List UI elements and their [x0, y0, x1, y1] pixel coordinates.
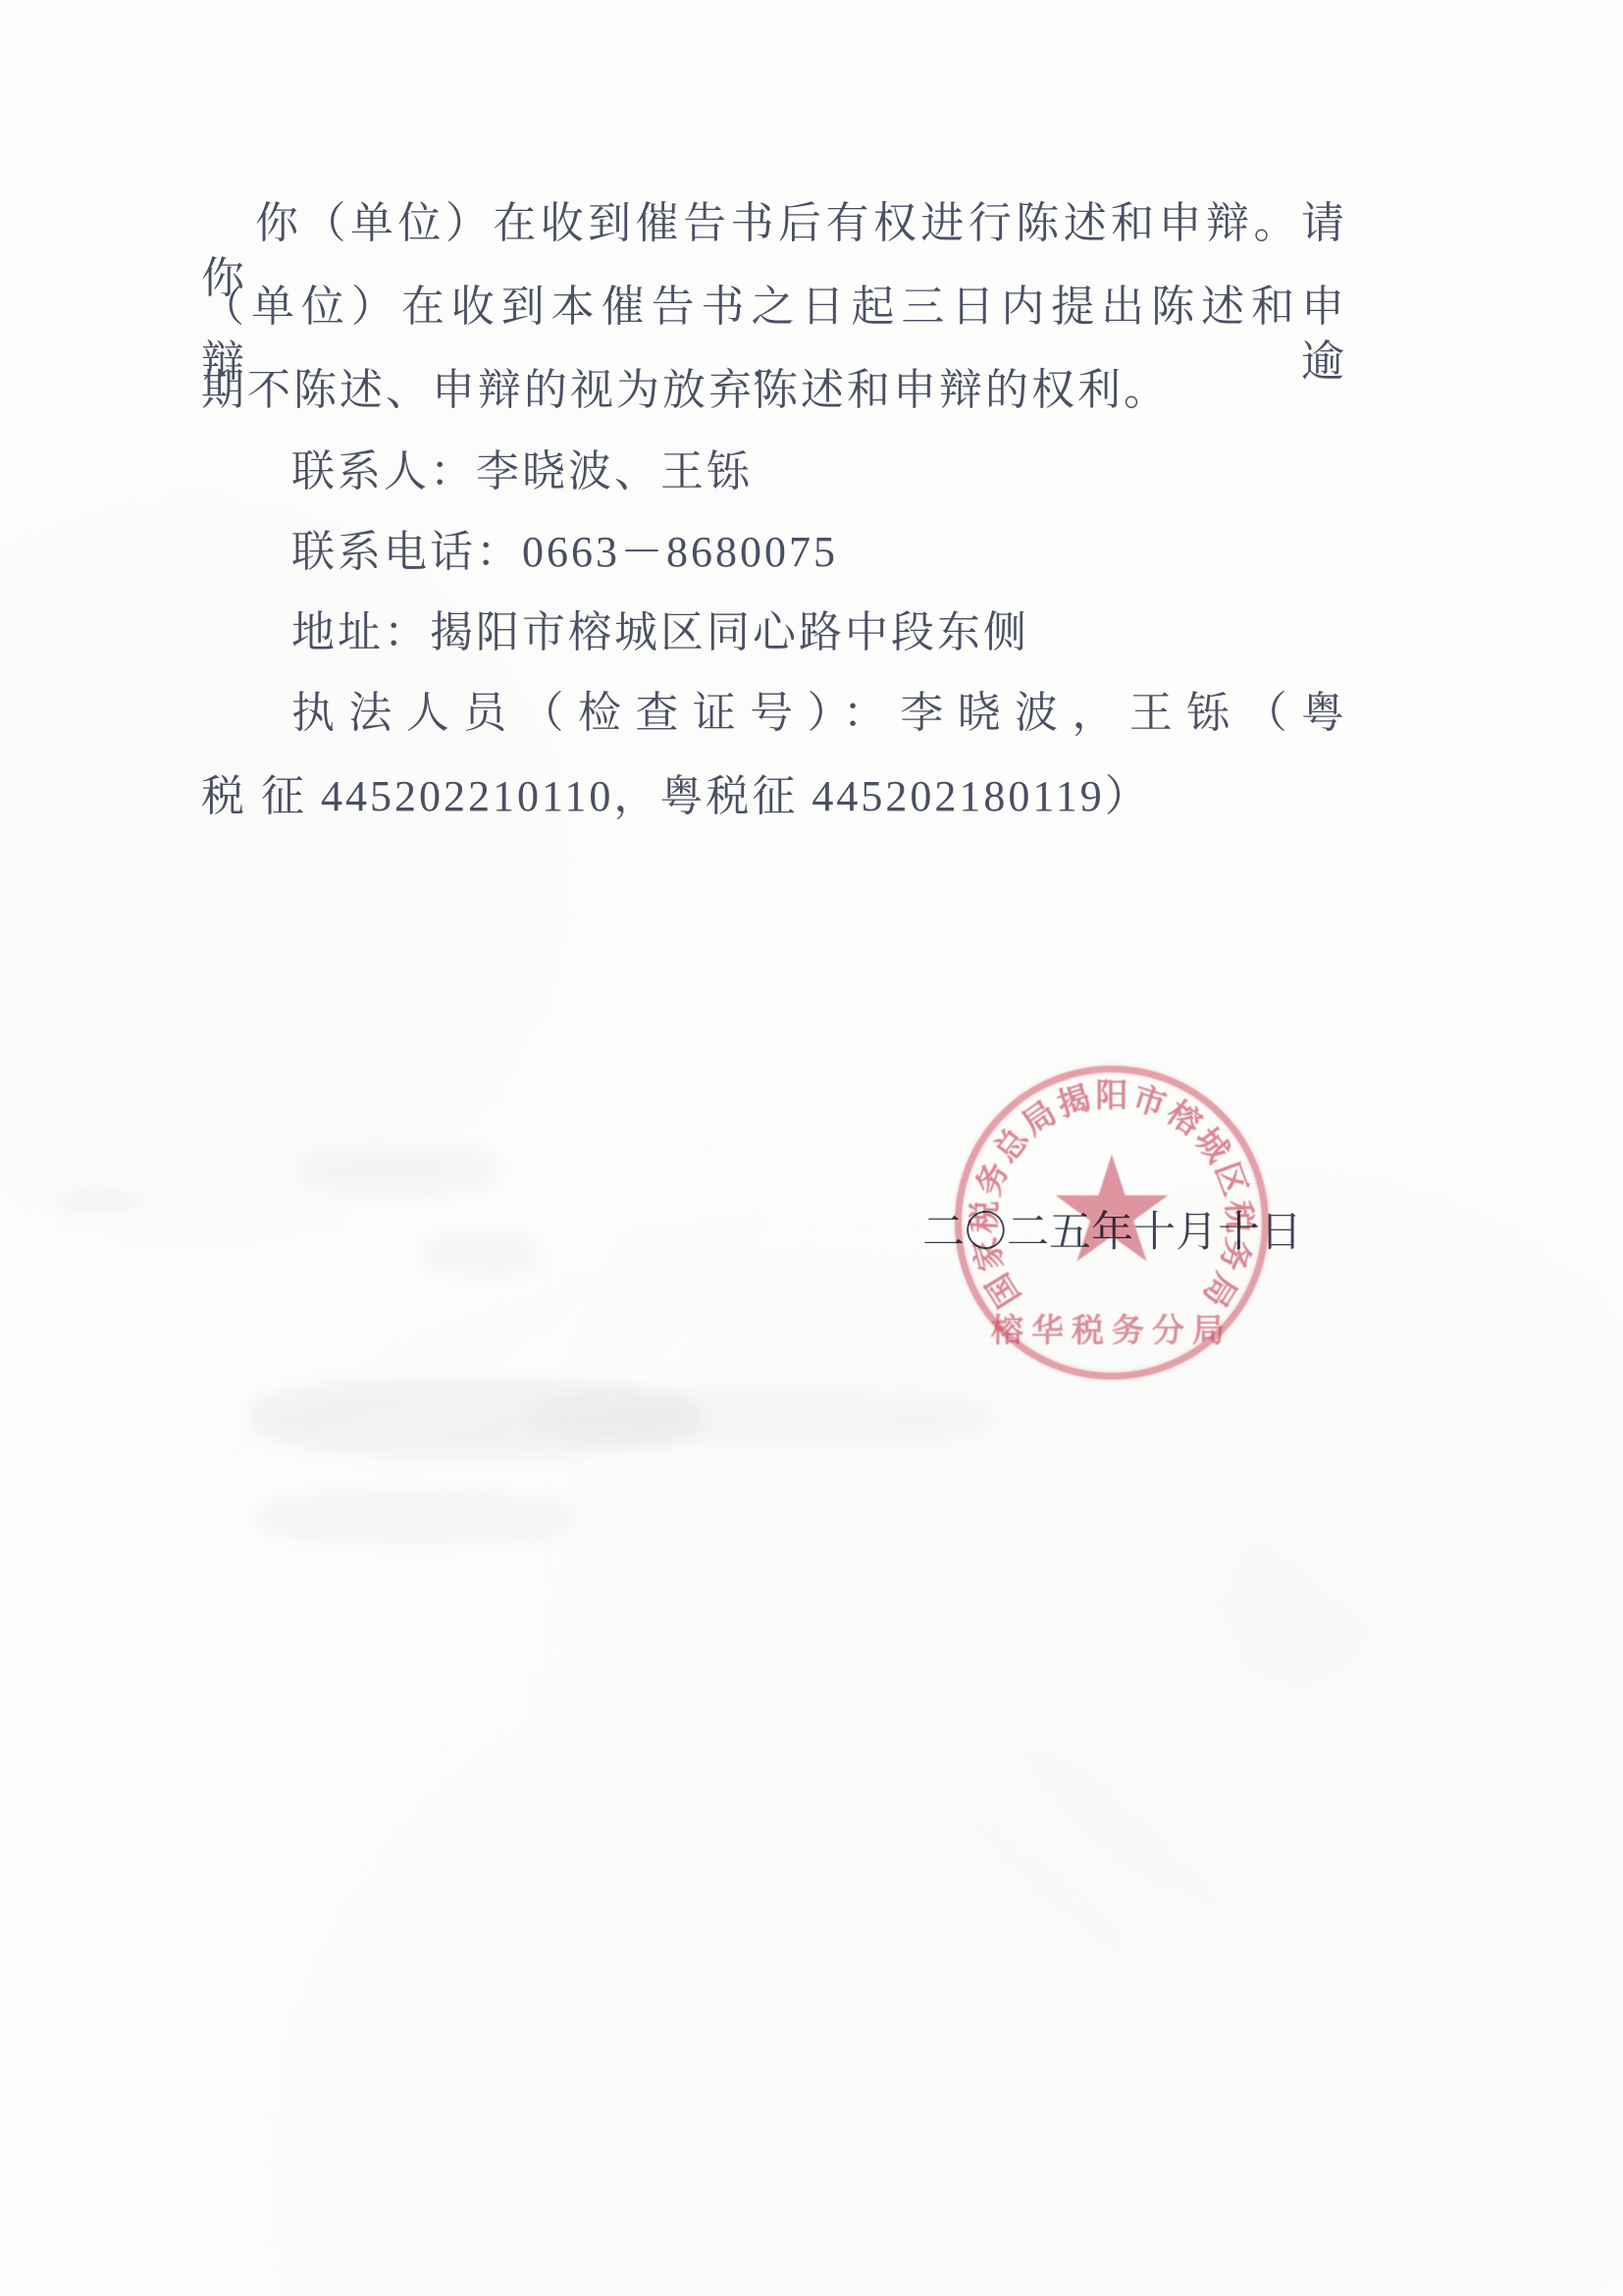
- address-line: 地址：揭阳市榕城区同心路中段东侧: [201, 605, 1347, 660]
- bleed-through-artifact: [260, 1491, 574, 1545]
- contact-phone-line: 联系电话：0663－8680075: [201, 525, 1347, 580]
- officer-line-1: 执法人员（检查证号）：李晓波，王铄（粤: [201, 686, 1347, 741]
- seal-arc-char: 阳: [1096, 1081, 1128, 1114]
- paragraph-line-3: 期不陈述、申辩的视为放弃陈述和申辩的权利。: [201, 363, 1347, 418]
- bleed-through-artifact: [54, 1192, 142, 1210]
- contact-person-line: 联系人：李晓波、王铄: [201, 444, 1347, 499]
- bleed-through-artifact: [530, 1388, 991, 1447]
- document-date: 二〇二五年十月十日: [922, 1199, 1302, 1259]
- bleed-through-artifact: [422, 1231, 540, 1276]
- document-page: 你（单位）在收到催告书后有权进行陈述和申辩。请你 （单位）在收到本催告书之日起三…: [0, 0, 1623, 2296]
- seal-bottom-text: 榕华税务分局: [991, 1305, 1232, 1351]
- officer-line-2: 税 征 445202210110，粤税征 445202180119）: [201, 769, 1347, 824]
- bleed-through-artifact: [294, 1143, 500, 1197]
